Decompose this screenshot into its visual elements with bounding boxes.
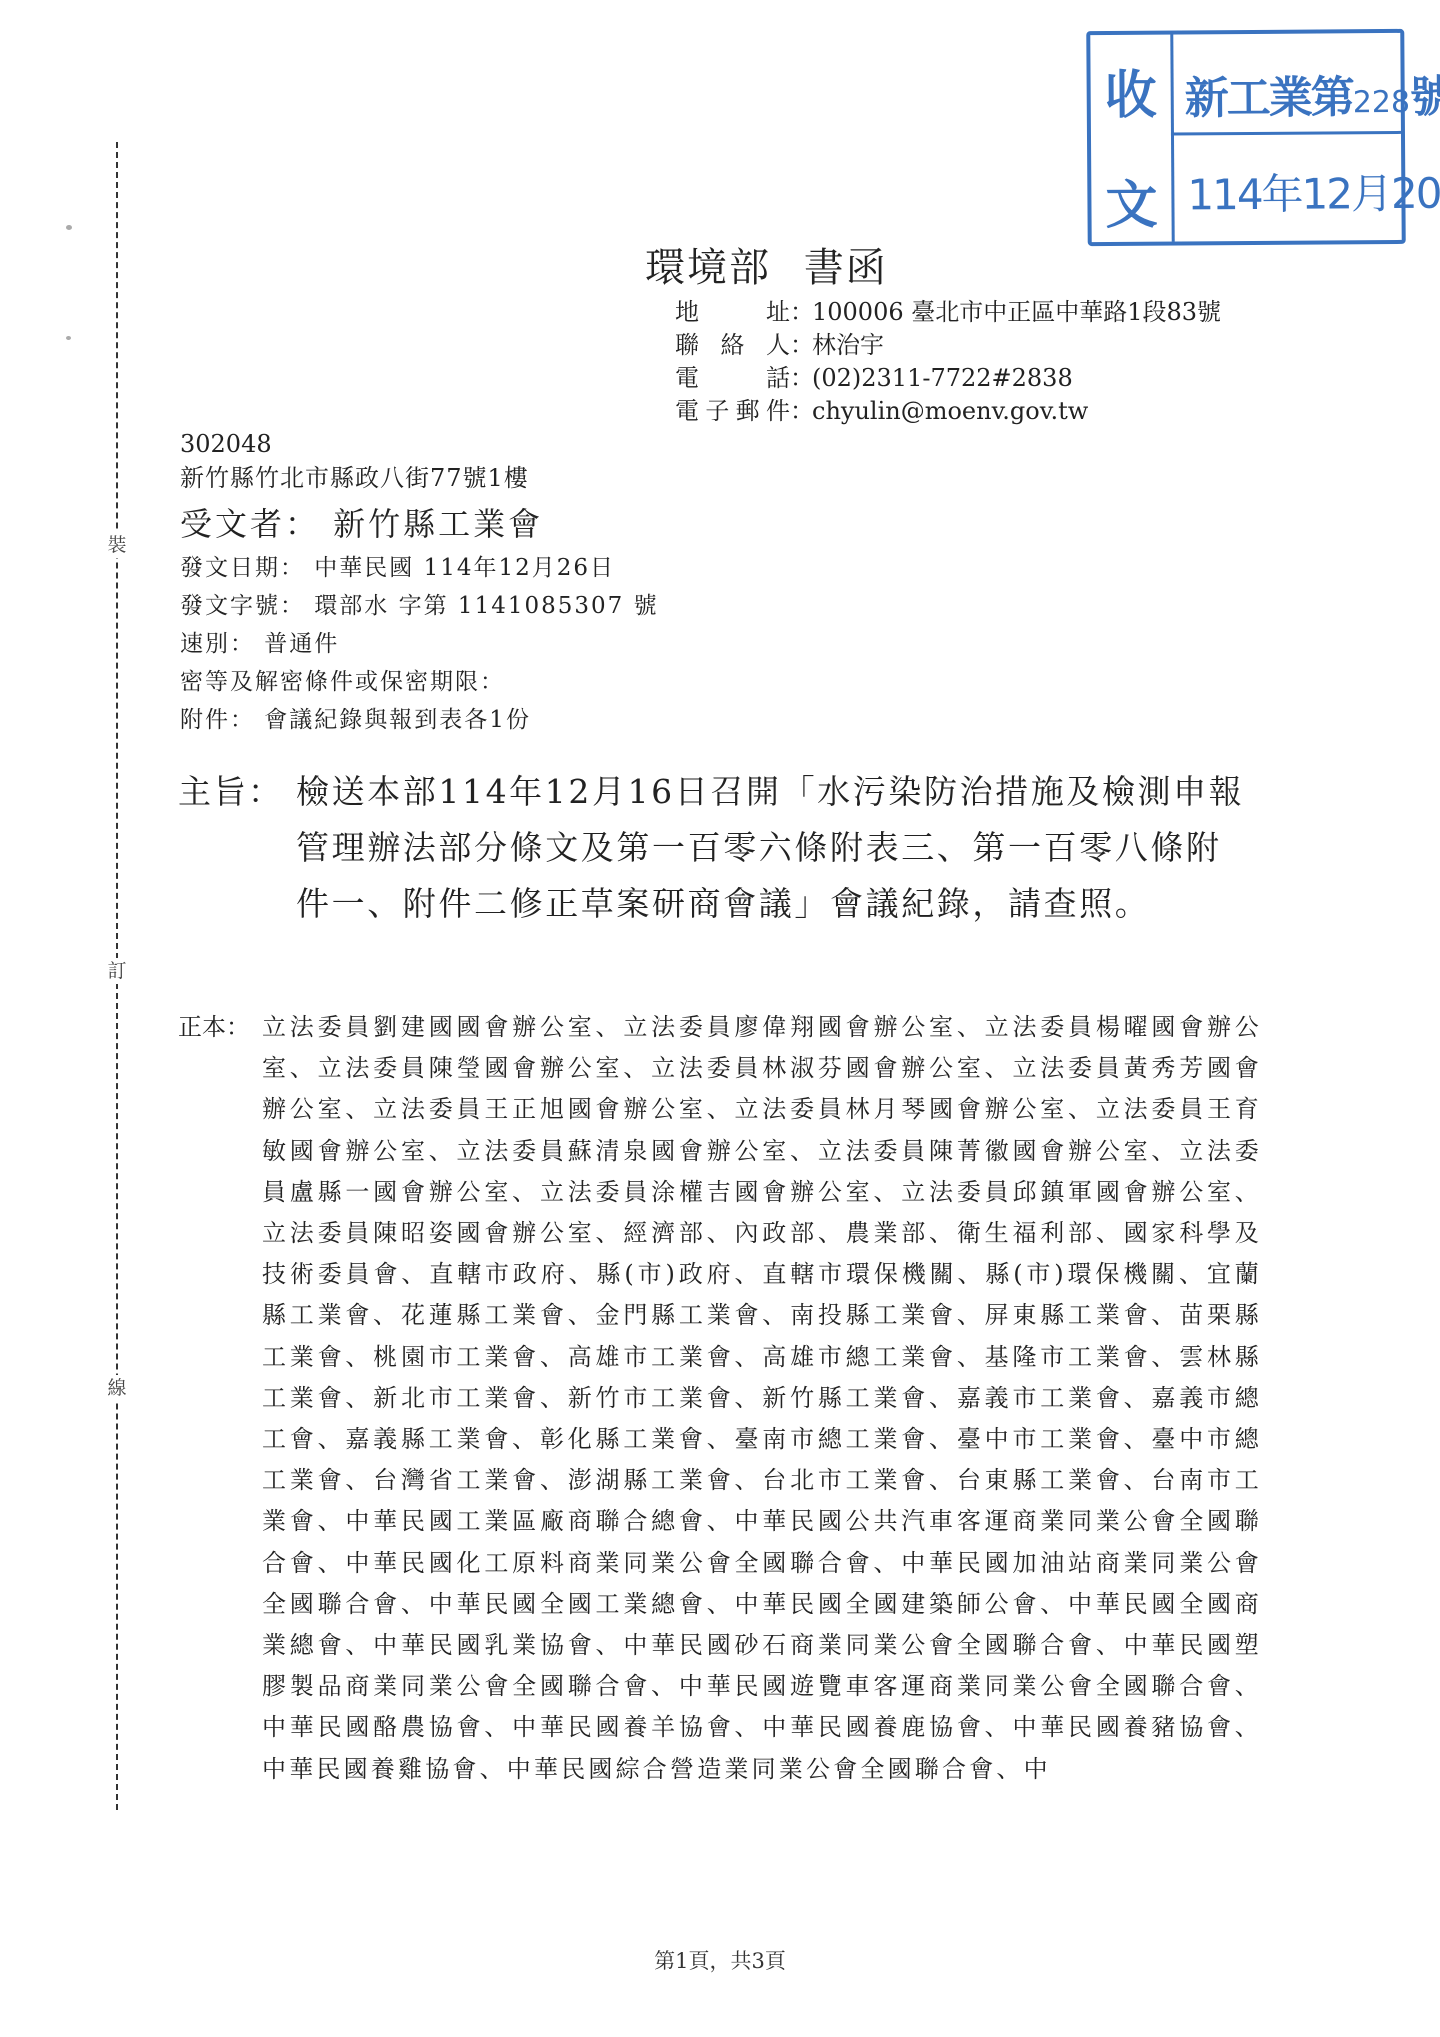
binding-mark-zhuang: 裝 [104, 532, 130, 558]
colon: ： [790, 362, 812, 395]
recipient-address: 新竹縣竹北市縣政八街77號1樓 [180, 461, 659, 495]
sender-phone-label: 電話 [675, 362, 790, 395]
binding-mark-ding: 訂 [104, 958, 130, 984]
stamp-label-receive: 收 [1090, 53, 1171, 129]
recipient-addressee: 受文者： 新竹縣工業會 [180, 499, 659, 549]
colon: ： [790, 395, 812, 428]
sender-contact-label: 聯絡人 [675, 329, 790, 362]
sender-address-value: 100006 臺北市中正區中華路1段83號 [812, 296, 1221, 329]
page-indicator: 第1頁，共3頁 [0, 1945, 1440, 1975]
classification: 密等及解密條件或保密期限： [180, 663, 659, 701]
stamp-label-document: 文 [1091, 163, 1172, 239]
stamp-date: 114年12月20日 [1187, 160, 1440, 222]
distribution-label: 正本： [178, 1007, 262, 1790]
received-stamp: 收 文 新工業第228號 114年12月20日 [1086, 29, 1405, 246]
stamp-number-suffix: 號 [1410, 72, 1440, 123]
distribution-section: 正本： 立法委員劉建國國會辦公室、立法委員廖偉翔國會辦公室、立法委員楊曜國會辦公… [178, 1007, 1268, 1790]
sender-address-row: 地址 ： 100006 臺北市中正區中華路1段83號 [675, 296, 1221, 329]
sender-info: 地址 ： 100006 臺北市中正區中華路1段83號 聯絡人 ： 林治宇 電話 … [675, 296, 1221, 428]
scan-speck [66, 225, 72, 230]
stamp-number: 新工業第228號 [1184, 61, 1440, 127]
issue-date: 發文日期： 中華民國 114年12月26日 [180, 549, 659, 587]
attachments: 附件： 會議紀錄與報到表各1份 [180, 701, 659, 739]
sender-address-label: 地址 [675, 296, 790, 329]
sender-contact-value: 林治宇 [812, 329, 884, 362]
stamp-divider-horizontal [1171, 131, 1401, 136]
stamp-number-handwritten: 228 [1353, 85, 1411, 120]
subject-text: 檢送本部114年12月16日召開「水污染防治措施及檢測申報管理辦法部分條文及第一… [296, 764, 1251, 932]
document-page: 裝 訂 線 收 文 新工業第228號 114年12月20日 環境部 書函 地址 … [0, 0, 1440, 2037]
sender-email-label: 電子郵件 [675, 395, 790, 428]
subject-section: 主旨： 檢送本部114年12月16日召開「水污染防治措施及檢測申報管理辦法部分條… [178, 764, 1268, 932]
sender-phone-row: 電話 ： (02)2311-7722#2838 [675, 362, 1221, 395]
sender-email-row: 電子郵件 ： chyulin@moenv.gov.tw [675, 395, 1221, 428]
colon: ： [790, 296, 812, 329]
stamp-number-prefix: 新工業第 [1185, 72, 1353, 124]
sender-contact-row: 聯絡人 ： 林治宇 [675, 329, 1221, 362]
binding-mark-xian: 線 [104, 1375, 130, 1401]
colon: ： [790, 329, 812, 362]
document-number: 發文字號： 環部水 字第 1141085307 號 [180, 587, 659, 625]
document-title: 環境部 書函 [645, 236, 888, 293]
sender-phone-value: (02)2311-7722#2838 [812, 362, 1073, 395]
recipient-postal-code: 302048 [180, 427, 659, 461]
scan-speck [66, 336, 71, 340]
sender-email-value: chyulin@moenv.gov.tw [812, 395, 1088, 428]
subject-label: 主旨： [178, 764, 296, 932]
recipient-block: 302048 新竹縣竹北市縣政八街77號1樓 受文者： 新竹縣工業會 發文日期：… [180, 427, 659, 739]
distribution-list: 立法委員劉建國國會辦公室、立法委員廖偉翔國會辦公室、立法委員楊曜國會辦公室、立法… [262, 1007, 1262, 1790]
priority: 速別： 普通件 [180, 625, 659, 663]
